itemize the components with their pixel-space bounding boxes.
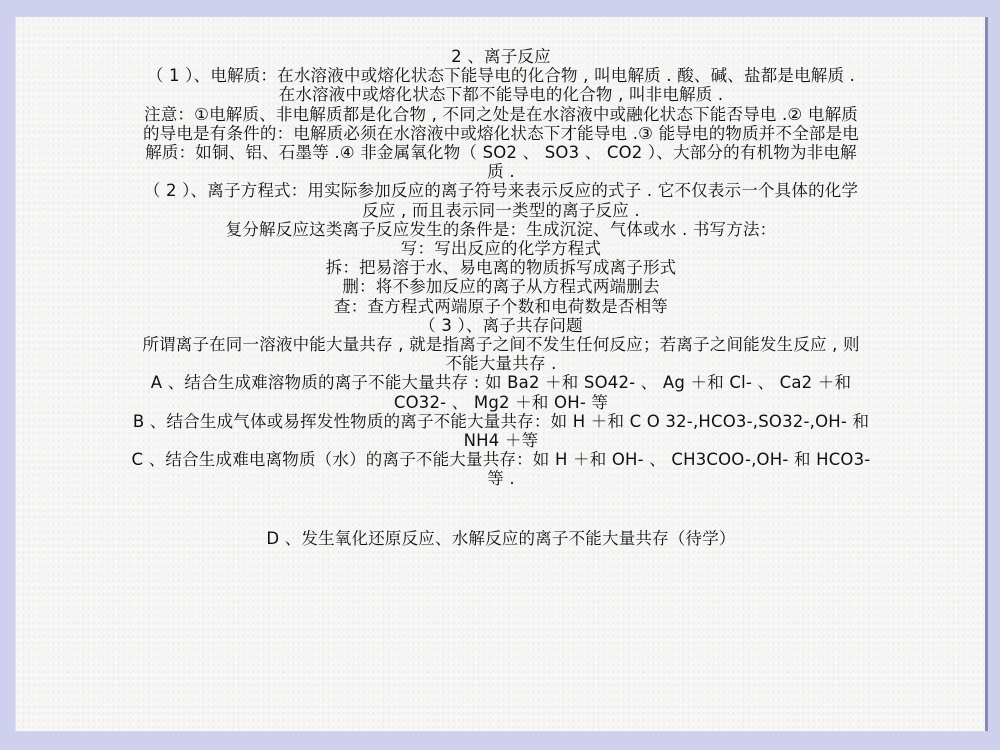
text-line: （ 1 ）、电解质：在水溶液中或熔化状态下能导电的化合物 , 叫电解质 . 酸、… [56, 66, 946, 85]
spacer [56, 489, 946, 529]
text-line: 复分解反应这类离子反应发生的条件是：生成沉淀、气体或水 . 书写方法： [56, 220, 946, 239]
text-line: 在水溶液中或熔化状态下都不能导电的化合物 , 叫非电解质 . [56, 85, 946, 104]
item-a: A 、结合生成难溶物质的离子不能大量共存 : 如 Ba2 ＋和 SO42- 、 … [56, 373, 946, 392]
section-electrolytes: （ 1 ）、电解质：在水溶液中或熔化状态下能导电的化合物 , 叫电解质 . 酸、… [56, 66, 946, 181]
step-split: 拆：把易溶于水、易电离的物质拆写成离子形式 [56, 258, 946, 277]
slide: 2 、离子反应 （ 1 ）、电解质：在水溶液中或熔化状态下能导电的化合物 , 叫… [15, 17, 985, 731]
text-line: 所谓离子在同一溶液中能大量共存 , 就是指离子之间不发生任何反应；若离子之间能发… [56, 335, 946, 354]
text-line: （ 2 ）、离子方程式：用实际参加反应的离子符号来表示反应的式子 . 它不仅表示… [56, 181, 946, 200]
text-line: 注意：①电解质、非电解质都是化合物 , 不同之处是在水溶液中或融化状态下能否导电… [56, 105, 946, 124]
item-a-cont: CO32- 、 Mg2 ＋和 OH- 等 [56, 393, 946, 412]
item-b-cont: NH4 ＋等 [56, 431, 946, 450]
text-line: 不能大量共存 . [56, 354, 946, 373]
text-line: 解质：如铜、铝、石墨等 .④ 非金属氧化物（ SO2 、 SO3 、 CO2 ）… [56, 143, 946, 162]
text-line: 质 . [56, 162, 946, 181]
item-c: C 、结合生成难电离物质（水）的离子不能大量共存：如 H ＋和 OH- 、 CH… [56, 450, 946, 469]
item-c-cont: 等 . [56, 469, 946, 488]
text-line: 的导电是有条件的：电解质必须在水溶液中或熔化状态下才能导电 .③ 能导电的物质并… [56, 124, 946, 143]
text-line: 反应 , 而且表示同一类型的离子反应 . [56, 201, 946, 220]
slide-content: 2 、离子反应 （ 1 ）、电解质：在水溶液中或熔化状态下能导电的化合物 , 叫… [56, 47, 946, 548]
step-write: 写：写出反应的化学方程式 [56, 239, 946, 258]
step-delete: 删：将不参加反应的离子从方程式两端删去 [56, 277, 946, 296]
slide-title: 2 、离子反应 [56, 47, 946, 66]
section-heading: （ 3 ）、离子共存问题 [56, 316, 946, 335]
section-ion-coexistence: （ 3 ）、离子共存问题 所谓离子在同一溶液中能大量共存 , 就是指离子之间不发… [56, 316, 946, 548]
item-d: D 、发生氧化还原反应、水解反应的离子不能大量共存（待学） [56, 529, 946, 548]
step-check: 查：查方程式两端原子个数和电荷数是否相等 [56, 297, 946, 316]
section-ionic-equations: （ 2 ）、离子方程式：用实际参加反应的离子符号来表示反应的式子 . 它不仅表示… [56, 181, 946, 315]
item-b: B 、结合生成气体或易挥发性物质的离子不能大量共存：如 H ＋和 C O 32-… [56, 412, 946, 431]
